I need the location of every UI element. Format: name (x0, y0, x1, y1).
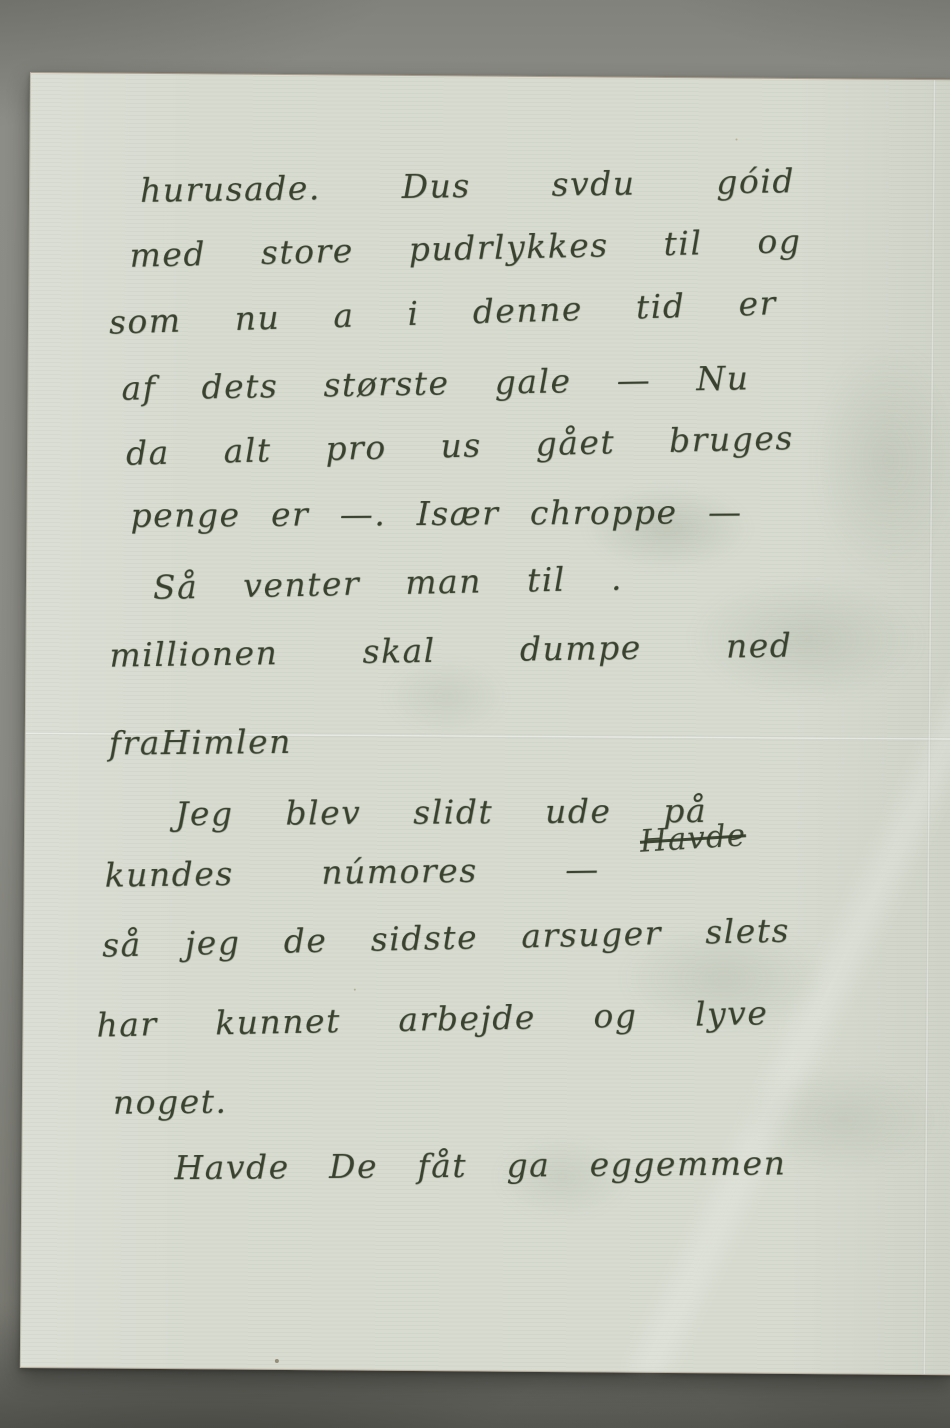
dust-specks (31, 73, 33, 75)
handwriting-line-1: hurusade.Dussvdugóid (140, 159, 796, 215)
handwriting-line-12: såjegdesidstearsugerslets (102, 909, 791, 970)
handwriting-line-11: kundesnúmores— (104, 847, 600, 899)
handwriting-line-14: noget. (113, 1080, 228, 1127)
struck-out-word: Havde (639, 817, 747, 860)
handwriting-line-6: pengeer—.Isærchroppe— (130, 490, 742, 540)
handwriting-line-2: medstorepudrlykkestilog (129, 219, 802, 280)
handwriting-line-13: harkunnetarbejdeoglyve (96, 991, 769, 1049)
handwriting-line-7: Såventermantil. (152, 557, 623, 612)
photo-background: { "colors": { "background_gray": "#8b8b8… (0, 0, 950, 1428)
handwriting-line-10: Jegblevslidtudepå (175, 789, 707, 838)
handwriting-line-3: somnuaidennetider (108, 281, 777, 346)
handwriting-line-8: millionenskaldumpened (109, 624, 793, 680)
handwriting-line-5: daaltprousgåetbruges (125, 416, 794, 478)
handwriting-line-15: HavdeDefåtgaeggemmen (174, 1141, 786, 1192)
handwriting-line-9: fraHimlen (108, 720, 280, 768)
vertical-fold-crease (923, 80, 936, 1374)
handwriting-line-4: afdetsstørstegale—Nu (121, 356, 750, 412)
letter-paper: hurusade.Dussvdugóid medstorepudrlykkest… (20, 72, 950, 1375)
